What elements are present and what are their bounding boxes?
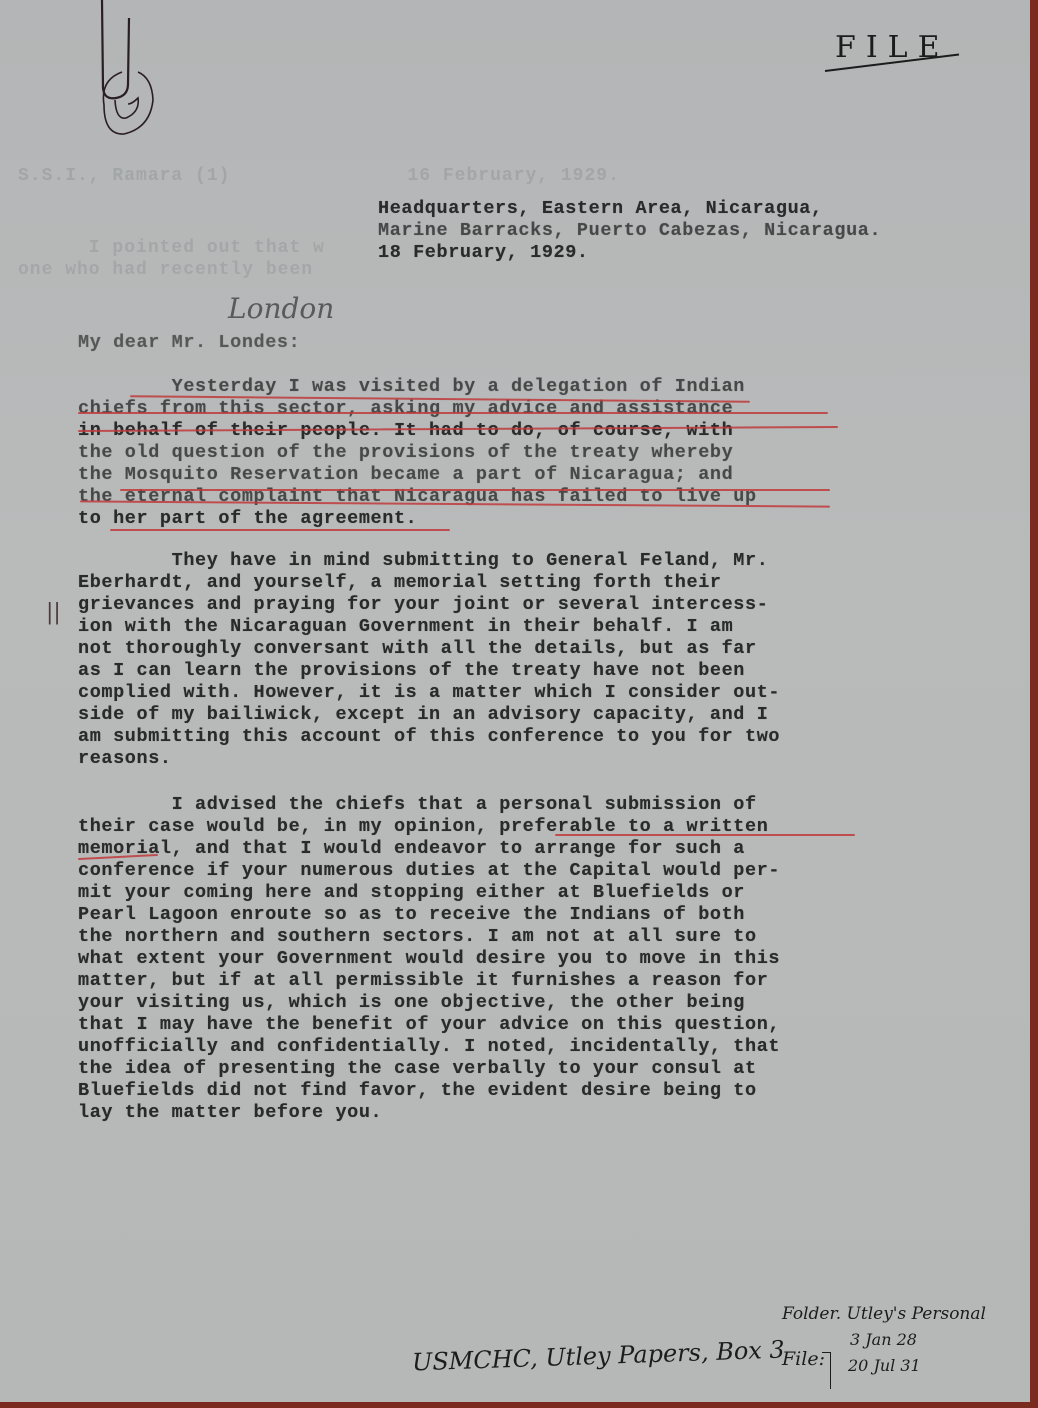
bleed-through-line: one who had recently been <box>18 260 313 280</box>
file-date-end: 20 Jul 31 <box>848 1356 921 1375</box>
margin-mark: || <box>46 600 61 625</box>
paragraph-line: matter, but if at all permissible it fur… <box>78 970 768 992</box>
file-label: File: <box>782 1348 825 1370</box>
paperclip-drawing-icon <box>80 0 180 140</box>
bleed-through-line: I pointed out that w <box>18 238 325 258</box>
paragraph-line: mit your coming here and stopping either… <box>78 882 745 904</box>
red-underline <box>110 529 450 531</box>
paragraph-line: grievances and praying for your joint or… <box>78 594 768 616</box>
archive-citation: USMCHC, Utley Papers, Box 3 <box>412 1336 786 1377</box>
paragraph-line: Pearl Lagoon enroute so as to receive th… <box>78 904 745 926</box>
addressee-pencil-note: London <box>228 292 334 325</box>
paragraph-line: unofficially and confidentially. I noted… <box>78 1036 780 1058</box>
file-date-start: 3 Jan 28 <box>850 1330 917 1349</box>
paragraph-line: side of my bailiwick, except in an advis… <box>78 704 768 726</box>
letterhead-line: Marine Barracks, Puerto Cabezas, Nicarag… <box>378 220 881 242</box>
paragraph-line: the Mosquito Reservation became a part o… <box>78 464 733 486</box>
paragraph-line: lay the matter before you. <box>78 1102 382 1124</box>
letterhead-line: Headquarters, Eastern Area, Nicaragua, <box>378 198 823 220</box>
bleed-through-line: S.S.I., Ramara (1) 16 February, 1929. <box>18 166 620 186</box>
red-underline <box>78 412 828 414</box>
paragraph-line: Yesterday I was visited by a delegation … <box>78 376 745 398</box>
folder-label: Folder. Utley's Personal <box>782 1304 986 1324</box>
paragraph-line: the northern and southern sectors. I am … <box>78 926 757 948</box>
paragraph-line: reasons. <box>78 748 172 770</box>
paragraph-line: They have in mind submitting to General … <box>78 550 768 572</box>
red-underline <box>120 489 830 491</box>
paragraph-line: what extent your Government would desire… <box>78 948 780 970</box>
paragraph-line: memorial, and that I would endeavor to a… <box>78 838 745 860</box>
salutation: My dear Mr. Londes: <box>78 332 300 354</box>
paragraph-line: the idea of presenting the case verbally… <box>78 1058 757 1080</box>
paragraph-line: to her part of the agreement. <box>78 508 417 530</box>
red-underline <box>555 834 855 836</box>
paragraph-line: ion with the Nicaraguan Government in th… <box>78 616 733 638</box>
paragraph-line: that I may have the benefit of your advi… <box>78 1014 780 1036</box>
paragraph-line: complied with. However, it is a matter w… <box>78 682 780 704</box>
paragraph-line: your visiting us, which is one objective… <box>78 992 745 1014</box>
file-bracket <box>822 1352 831 1389</box>
document-page: S.S.I., Ramara (1) 16 February, 1929. I … <box>0 0 1030 1402</box>
paragraph-line: not thoroughly conversant with all the d… <box>78 638 757 660</box>
paragraph-line: the old question of the provisions of th… <box>78 442 733 464</box>
paragraph-line: I advised the chiefs that a personal sub… <box>78 794 757 816</box>
letter-date: 18 February, 1929. <box>378 242 589 264</box>
paragraph-line: as I can learn the provisions of the tre… <box>78 660 745 682</box>
paragraph-line: am submitting this account of this confe… <box>78 726 780 748</box>
paragraph-line: conference if your numerous duties at th… <box>78 860 780 882</box>
file-handwritten-mark: FILE <box>835 30 950 65</box>
paragraph-line: Bluefields did not find favor, the evide… <box>78 1080 757 1102</box>
paragraph-line: Eberhardt, and yourself, a memorial sett… <box>78 572 722 594</box>
